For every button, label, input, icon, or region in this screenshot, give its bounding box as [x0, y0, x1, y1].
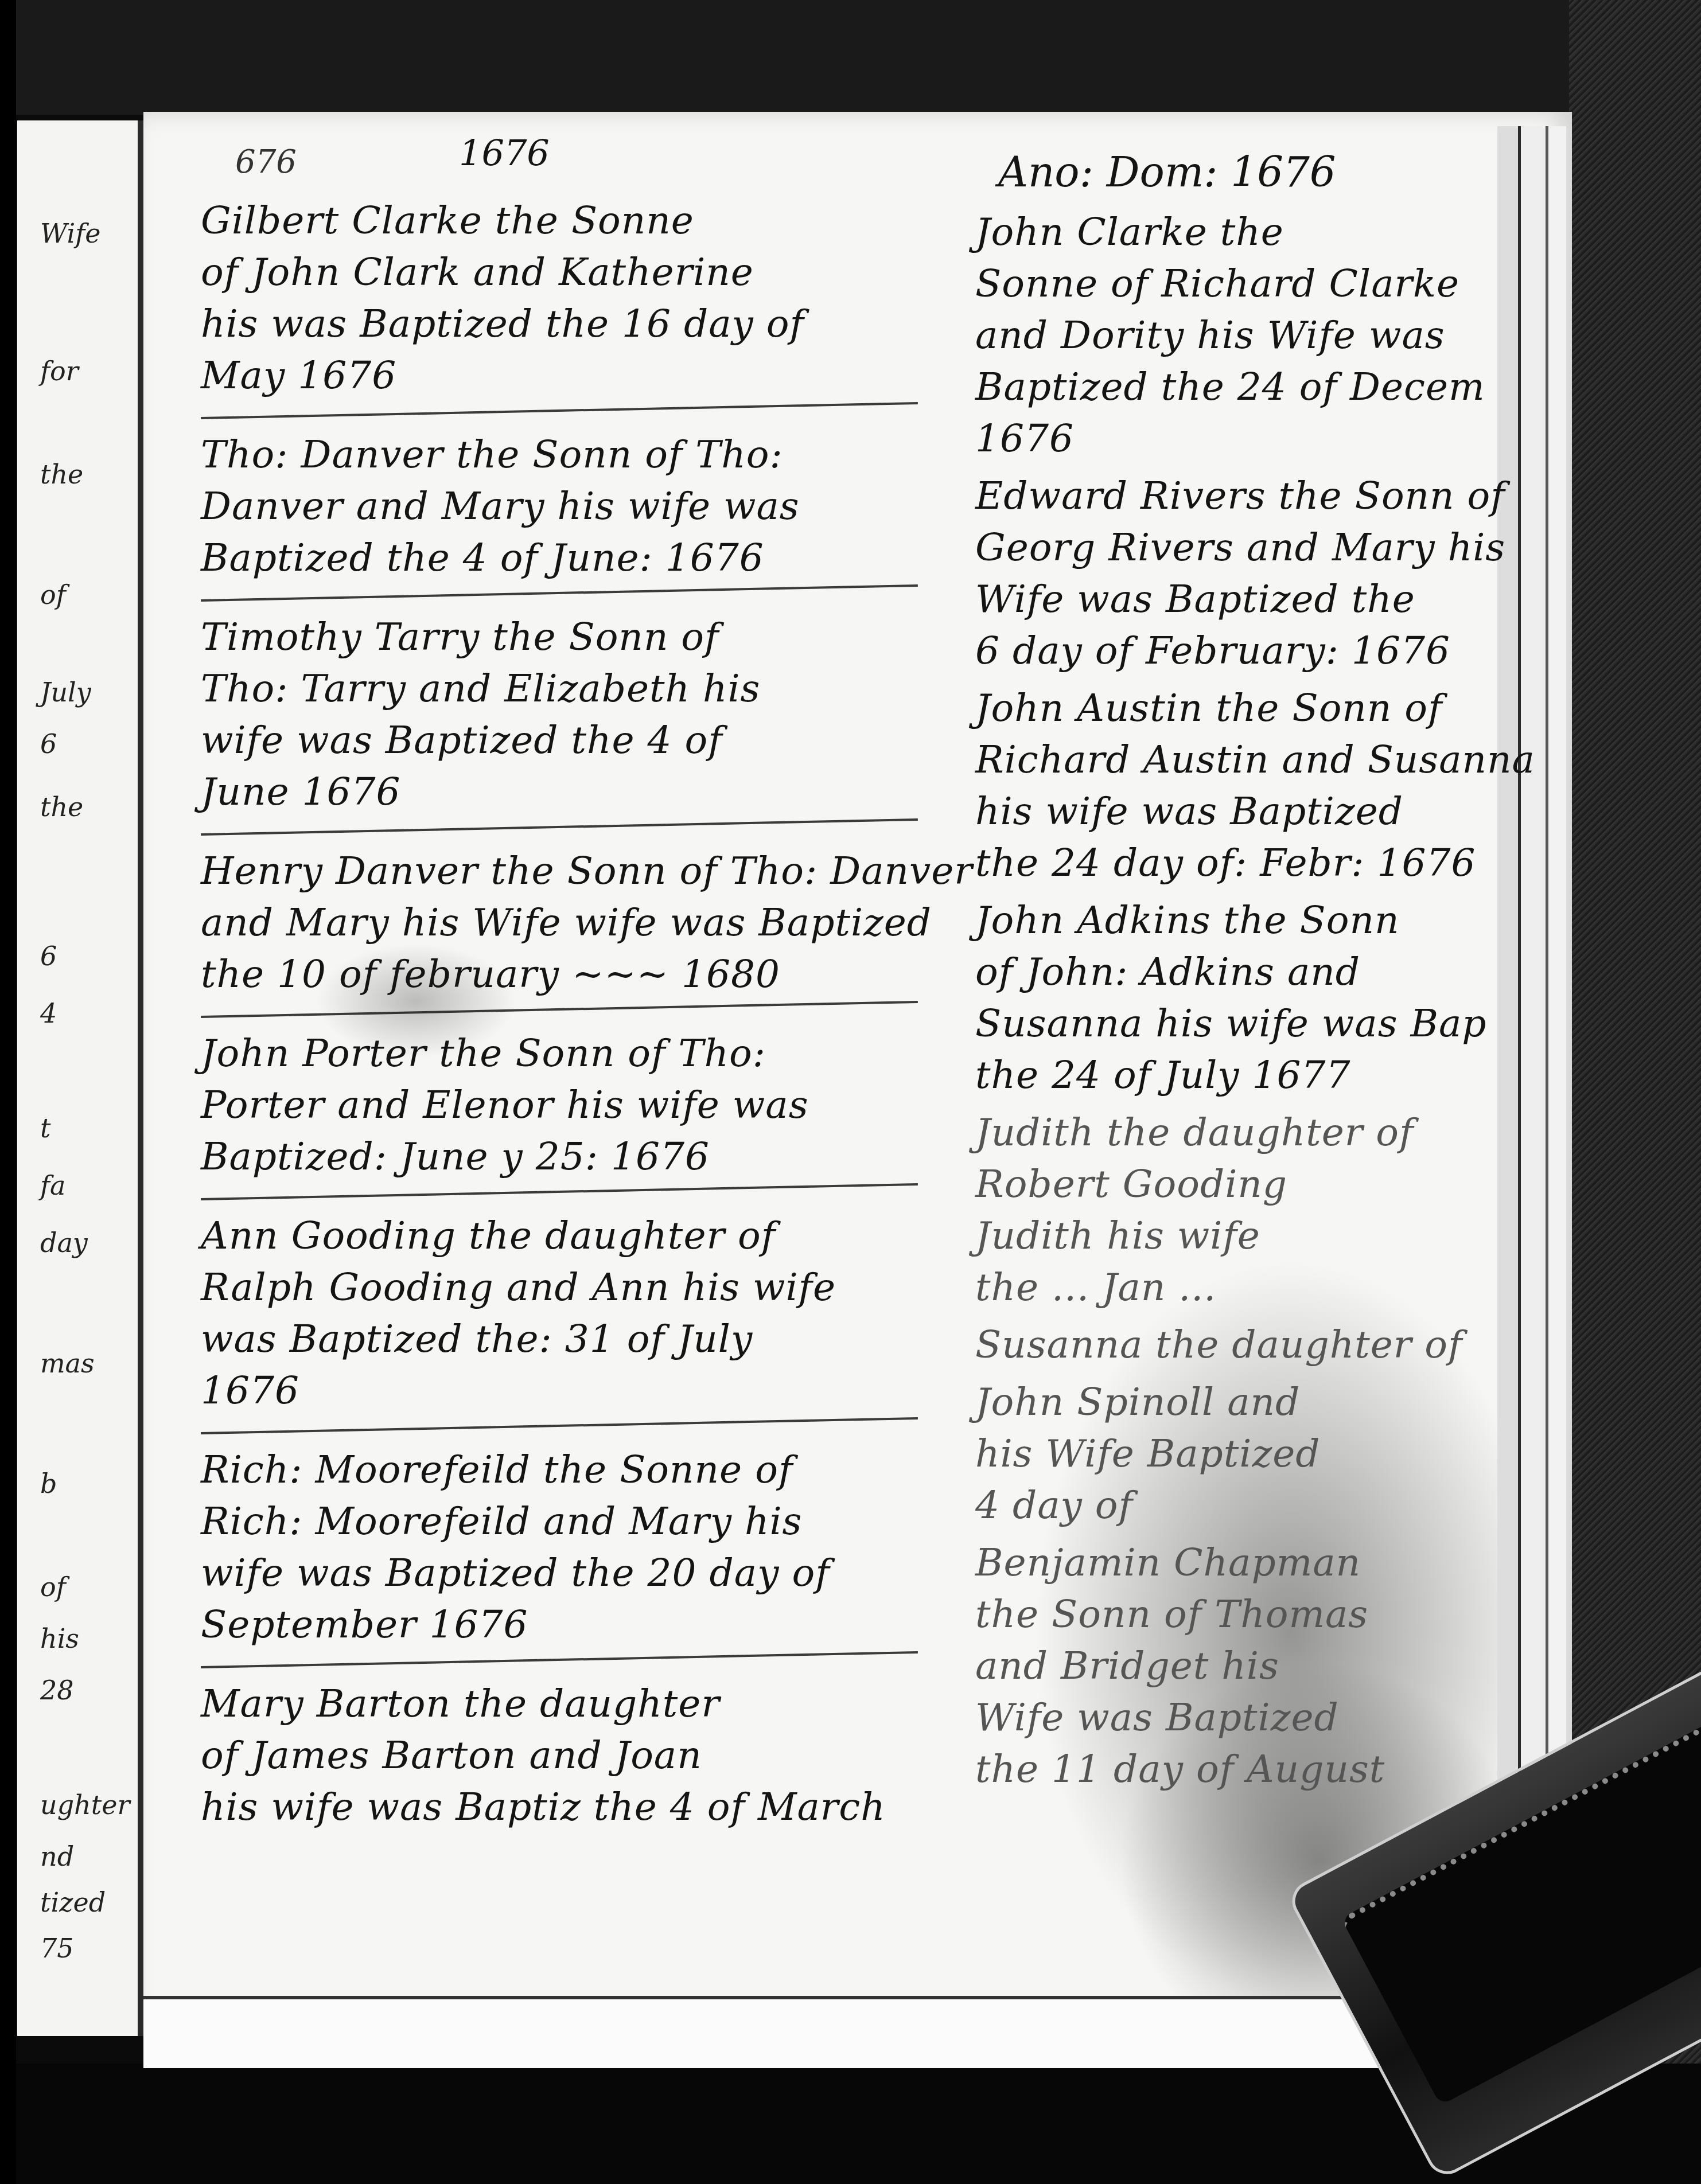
baptism-entry: Timothy Tarry the Sonn ofTho: Tarry and …: [201, 611, 918, 818]
baptism-entries-right: John Clarke theSonne of Richard Clarkean…: [975, 206, 1503, 1795]
baptism-entry: Susanna the daughter of: [975, 1319, 1503, 1371]
margin-fragment: July: [40, 677, 91, 708]
margin-fragment: b: [40, 1468, 57, 1499]
margin-fragment: nd: [40, 1841, 74, 1872]
entry-line: Georg Rivers and Mary his: [975, 522, 1503, 574]
entry-line: Sonne of Richard Clarke: [975, 258, 1503, 310]
entry-line: Rich: Moorefeild the Sonne of: [201, 1444, 918, 1496]
folio-number: 676: [235, 143, 297, 181]
margin-fragment: for: [40, 356, 79, 387]
entry-line: wife was Baptized the 20 day of: [201, 1547, 918, 1599]
entry-line: the ... Jan ...: [975, 1262, 1503, 1313]
baptism-entry: John Spinoll andhis Wife Baptized4 day o…: [975, 1376, 1503, 1531]
previous-page-edge: WifefortheofJuly6the64tfadaymasbofhis28u…: [17, 120, 143, 2036]
entry-divider-rule: [201, 1417, 918, 1434]
margin-fragment: 28: [40, 1675, 74, 1706]
margin-fragment: ughter: [40, 1789, 130, 1820]
entry-line: the 11 day of August: [975, 1744, 1503, 1795]
entry-line: Edward Rivers the Sonn of: [975, 470, 1503, 522]
page-header: 676 1676: [201, 132, 918, 195]
entry-line: John Porter the Sonn of Tho:: [201, 1028, 918, 1079]
baptism-entries-left: Gilbert Clarke the Sonneof John Clark an…: [201, 195, 918, 1833]
baptism-entry: Benjamin Chapmanthe Sonn of Thomasand Br…: [975, 1537, 1503, 1795]
entry-line: his Wife Baptized: [975, 1428, 1503, 1480]
left-column: 676 1676 Gilbert Clarke the Sonneof John…: [201, 132, 918, 1839]
entry-line: his wife was Baptiz the 4 of March: [201, 1781, 918, 1833]
margin-fragment: the: [40, 459, 83, 490]
entry-line: Tho: Tarry and Elizabeth his: [201, 663, 918, 715]
entry-line: Wife was Baptized: [975, 1692, 1503, 1744]
entry-line: Mary Barton the daughter: [201, 1678, 918, 1730]
entry-line: John Austin the Sonn of: [975, 682, 1503, 734]
entry-line: his was Baptized the 16 day of: [201, 298, 918, 350]
entry-line: and Dority his Wife was: [975, 310, 1503, 361]
entry-line: Judith his wife: [975, 1210, 1503, 1262]
entry-line: Ralph Gooding and Ann his wife: [201, 1262, 918, 1313]
entry-line: Baptized: June y 25: 1676: [201, 1131, 918, 1183]
scan-border-left: [0, 0, 16, 2184]
entry-line: John Spinoll and: [975, 1376, 1503, 1428]
entry-line: 4 day of: [975, 1480, 1503, 1531]
baptism-entry: Mary Barton the daughterof James Barton …: [201, 1678, 918, 1833]
baptism-entry: John Austin the Sonn ofRichard Austin an…: [975, 682, 1503, 889]
entry-line: Gilbert Clarke the Sonne: [201, 195, 918, 247]
entry-line: Baptized the 4 of June: 1676: [201, 532, 918, 584]
margin-fragment: tized: [40, 1887, 106, 1918]
entry-line: and Bridget his: [975, 1640, 1503, 1692]
baptism-entry: Ann Gooding the daughter ofRalph Gooding…: [201, 1210, 918, 1417]
entry-divider-rule: [201, 818, 918, 836]
baptism-entry: John Clarke theSonne of Richard Clarkean…: [975, 206, 1503, 465]
entry-line: John Clarke the: [975, 206, 1503, 258]
entry-line: Wife was Baptized the: [975, 574, 1503, 625]
entry-line: his wife was Baptized: [975, 786, 1503, 837]
baptism-entry: Henry Danver the Sonn of Tho: Danverand …: [201, 845, 918, 1000]
baptism-entry: Judith the daughter ofRobert GoodingJudi…: [975, 1107, 1503, 1313]
entry-divider-rule: [201, 584, 918, 602]
baptism-entry: Gilbert Clarke the Sonneof John Clark an…: [201, 195, 918, 401]
entry-line: Benjamin Chapman: [975, 1537, 1503, 1589]
page-bottom-edge: [143, 1996, 1463, 2068]
margin-fragment: Wife: [40, 218, 100, 249]
entry-line: Tho: Danver the Sonn of Tho:: [201, 429, 918, 481]
entry-line: Robert Gooding: [975, 1159, 1503, 1210]
entry-divider-rule: [201, 1183, 918, 1200]
baptism-entry: John Porter the Sonn of Tho:Porter and E…: [201, 1028, 918, 1183]
margin-fragment: 4: [40, 998, 57, 1029]
entry-divider-rule: [201, 1651, 918, 1668]
entry-line: Porter and Elenor his wife was: [201, 1079, 918, 1131]
entry-line: Danver and Mary his wife was: [201, 481, 918, 532]
anno-domini-heading: Ano: Dom: 1676: [998, 143, 1503, 201]
entry-line: 1676: [975, 413, 1503, 465]
entry-line: of John Clark and Katherine: [201, 247, 918, 298]
entry-line: Baptized the 24 of Decem: [975, 361, 1503, 413]
page-year-heading: 1676: [459, 132, 550, 174]
entry-line: Richard Austin and Susanna: [975, 734, 1503, 786]
entry-line: of James Barton and Joan: [201, 1730, 918, 1781]
margin-fragment: 6: [40, 728, 57, 759]
baptism-entry: Rich: Moorefeild the Sonne ofRich: Moore…: [201, 1444, 918, 1651]
margin-fragment: t: [40, 1113, 51, 1144]
entry-line: the Sonn of Thomas: [975, 1589, 1503, 1640]
margin-fragment: 6: [40, 941, 57, 972]
entry-line: Rich: Moorefeild and Mary his: [201, 1496, 918, 1547]
margin-fragment: fa: [40, 1170, 65, 1201]
entry-line: the 24 day of: Febr: 1676: [975, 837, 1503, 889]
margin-fragment: day: [40, 1227, 88, 1258]
entry-line: the 10 of february ~~~ 1680: [201, 949, 918, 1000]
entry-line: and Mary his Wife wife was Baptized: [201, 897, 918, 949]
entry-divider-rule: [201, 1001, 918, 1018]
baptism-entry: Edward Rivers the Sonn ofGeorg Rivers an…: [975, 470, 1503, 677]
entry-line: June 1676: [201, 766, 918, 818]
margin-fragment: 75: [40, 1933, 74, 1964]
entry-line: 6 day of February: 1676: [975, 625, 1503, 677]
margin-fragment: of: [40, 579, 66, 610]
page-fold-edge: [1497, 126, 1566, 1961]
entry-line: the 24 of July 1677: [975, 1050, 1503, 1101]
entry-line: John Adkins the Sonn: [975, 895, 1503, 946]
baptism-entry: John Adkins the Sonnof John: Adkins andS…: [975, 895, 1503, 1101]
scan-background-top: [0, 0, 1701, 115]
margin-fragment: of: [40, 1571, 66, 1602]
entry-line: was Baptized the: 31 of July: [201, 1313, 918, 1365]
entry-line: Susanna his wife was Bap: [975, 998, 1503, 1050]
entry-line: September 1676: [201, 1599, 918, 1651]
entry-line: Judith the daughter of: [975, 1107, 1503, 1159]
baptism-entry: Tho: Danver the Sonn of Tho:Danver and M…: [201, 429, 918, 584]
entry-line: Henry Danver the Sonn of Tho: Danver: [201, 845, 918, 897]
entry-line: 1676: [201, 1365, 918, 1417]
entry-line: Susanna the daughter of: [975, 1319, 1503, 1371]
margin-fragment: mas: [40, 1348, 95, 1379]
entry-line: of John: Adkins and: [975, 946, 1503, 998]
entry-line: Ann Gooding the daughter of: [201, 1210, 918, 1262]
margin-fragment: the: [40, 791, 83, 822]
entry-line: wife was Baptized the 4 of: [201, 715, 918, 766]
margin-fragment: his: [40, 1623, 79, 1654]
entry-line: Timothy Tarry the Sonn of: [201, 611, 918, 663]
entry-line: May 1676: [201, 350, 918, 401]
entry-divider-rule: [201, 402, 918, 419]
right-column: Ano: Dom: 1676 John Clarke theSonne of R…: [975, 143, 1503, 1801]
